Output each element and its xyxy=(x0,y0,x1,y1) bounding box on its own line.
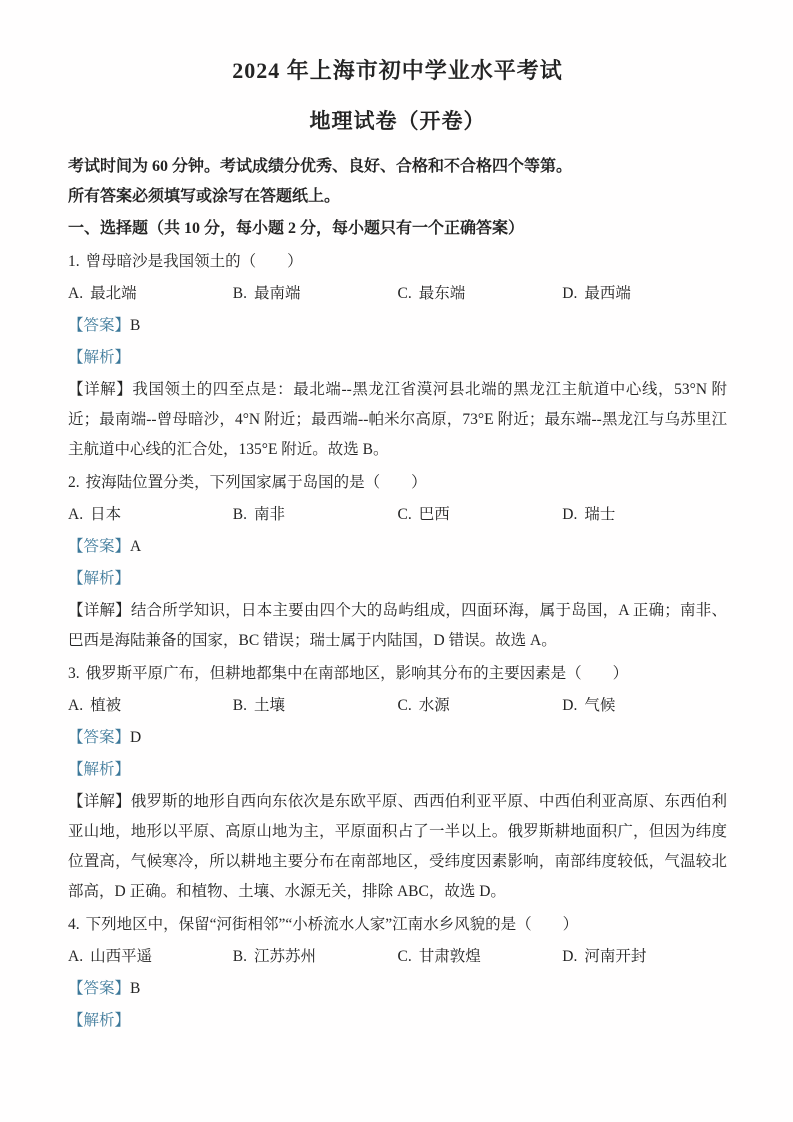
answer-line: 【答案】D xyxy=(68,723,727,753)
options-row: A.最北端 B.最南端 C.最东端 D.最西端 xyxy=(68,279,727,309)
option-a: A.日本 xyxy=(68,500,233,530)
answer-value: D xyxy=(130,729,141,746)
option-a: A.山西平遥 xyxy=(68,942,233,972)
option-key: B. xyxy=(233,948,247,965)
answer-label: 【答案】 xyxy=(68,317,130,334)
option-key: B. xyxy=(233,506,247,523)
question-stem: 4.下列地区中，保留“河街相邻”“小桥流水人家”江南水乡风貌的是（ ） xyxy=(68,910,727,940)
option-text: 最东端 xyxy=(419,285,466,302)
exam-notice-answersheet: 所有答案必须填写或涂写在答题纸上。 xyxy=(68,182,727,212)
answer-line: 【答案】B xyxy=(68,974,727,1004)
detail-label: 【详解】 xyxy=(68,381,132,398)
detail-text: 俄罗斯的地形自西向东依次是东欧平原、西西伯利亚平原、中西伯利亚高原、东西伯利亚山… xyxy=(68,793,727,900)
analysis-label: 【解析】 xyxy=(68,570,130,587)
option-key: D. xyxy=(562,285,577,302)
option-text: 最西端 xyxy=(584,285,631,302)
option-b: B.南非 xyxy=(233,500,398,530)
answer-line: 【答案】B xyxy=(68,311,727,341)
exam-notice-duration: 考试时间为 60 分钟。考试成绩分优秀、良好、合格和不合格四个等第。 xyxy=(68,152,727,182)
option-c: C.最东端 xyxy=(398,279,563,309)
option-text: 南非 xyxy=(254,506,285,523)
answer-value: B xyxy=(130,317,140,334)
question-number: 2. xyxy=(68,474,80,491)
option-d: D.河南开封 xyxy=(562,942,727,972)
option-text: 土壤 xyxy=(254,697,285,714)
question-text: 俄罗斯平原广布，但耕地都集中在南部地区，影响其分布的主要因素是（ ） xyxy=(86,665,629,682)
option-c: C.巴西 xyxy=(398,500,563,530)
exam-title: 2024 年上海市初中学业水平考试 xyxy=(68,56,727,86)
option-key: A. xyxy=(68,506,83,523)
analysis-line: 【解析】 xyxy=(68,1006,727,1036)
answer-label: 【答案】 xyxy=(68,538,130,555)
option-text: 山西平遥 xyxy=(90,948,152,965)
question-block-4: 4.下列地区中，保留“河街相邻”“小桥流水人家”江南水乡风貌的是（ ） A.山西… xyxy=(68,910,727,1036)
option-text: 最北端 xyxy=(90,285,137,302)
option-key: C. xyxy=(398,948,412,965)
option-text: 植被 xyxy=(90,697,121,714)
option-key: B. xyxy=(233,697,247,714)
option-d: D.气候 xyxy=(562,691,727,721)
option-text: 甘肃敦煌 xyxy=(419,948,481,965)
option-key: C. xyxy=(398,697,412,714)
detail-label: 【详解】 xyxy=(68,793,131,810)
question-text: 按海陆位置分类，下列国家属于岛国的是（ ） xyxy=(86,474,427,491)
option-text: 河南开封 xyxy=(584,948,646,965)
analysis-line: 【解析】 xyxy=(68,755,727,785)
analysis-line: 【解析】 xyxy=(68,564,727,594)
option-key: D. xyxy=(562,948,577,965)
answer-value: A xyxy=(130,538,141,555)
option-b: B.江苏苏州 xyxy=(233,942,398,972)
detail-text: 结合所学知识，日本主要由四个大的岛屿组成，四面环海，属于岛国，A 正确；南非、巴… xyxy=(68,602,727,649)
answer-label: 【答案】 xyxy=(68,980,130,997)
option-b: B.最南端 xyxy=(233,279,398,309)
option-b: B.土壤 xyxy=(233,691,398,721)
answer-value: B xyxy=(130,980,140,997)
question-number: 1. xyxy=(68,253,80,270)
option-a: A.植被 xyxy=(68,691,233,721)
exam-subtitle: 地理试卷（开卷） xyxy=(68,106,727,136)
option-key: B. xyxy=(233,285,247,302)
option-text: 日本 xyxy=(90,506,121,523)
option-c: C.甘肃敦煌 xyxy=(398,942,563,972)
option-c: C.水源 xyxy=(398,691,563,721)
analysis-label: 【解析】 xyxy=(68,349,130,366)
analysis-line: 【解析】 xyxy=(68,343,727,373)
detail-paragraph: 【详解】我国领土的四至点是：最北端--黑龙江省漠河县北端的黑龙江主航道中心线，5… xyxy=(68,375,727,465)
option-key: A. xyxy=(68,948,83,965)
option-text: 气候 xyxy=(584,697,615,714)
question-stem: 1.曾母暗沙是我国领土的（ ） xyxy=(68,247,727,277)
option-d: D.最西端 xyxy=(562,279,727,309)
exam-document-page: 2024 年上海市初中学业水平考试 地理试卷（开卷） 考试时间为 60 分钟。考… xyxy=(0,0,793,1122)
section-heading-choice-questions: 一、选择题（共 10 分，每小题 2 分，每小题只有一个正确答案） xyxy=(68,214,727,244)
option-text: 巴西 xyxy=(419,506,450,523)
question-text: 下列地区中，保留“河街相邻”“小桥流水人家”江南水乡风貌的是（ ） xyxy=(86,916,579,933)
option-a: A.最北端 xyxy=(68,279,233,309)
option-key: D. xyxy=(562,697,577,714)
question-number: 4. xyxy=(68,916,80,933)
option-text: 江苏苏州 xyxy=(254,948,316,965)
option-key: C. xyxy=(398,506,412,523)
option-key: A. xyxy=(68,697,83,714)
question-stem: 2.按海陆位置分类，下列国家属于岛国的是（ ） xyxy=(68,468,727,498)
options-row: A.山西平遥 B.江苏苏州 C.甘肃敦煌 D.河南开封 xyxy=(68,942,727,972)
options-row: A.植被 B.土壤 C.水源 D.气候 xyxy=(68,691,727,721)
detail-paragraph: 【详解】俄罗斯的地形自西向东依次是东欧平原、西西伯利亚平原、中西伯利亚高原、东西… xyxy=(68,787,727,907)
option-key: D. xyxy=(562,506,577,523)
question-number: 3. xyxy=(68,665,80,682)
question-block-3: 3.俄罗斯平原广布，但耕地都集中在南部地区，影响其分布的主要因素是（ ） A.植… xyxy=(68,659,727,907)
detail-paragraph: 【详解】结合所学知识，日本主要由四个大的岛屿组成，四面环海，属于岛国，A 正确；… xyxy=(68,596,727,656)
answer-line: 【答案】A xyxy=(68,532,727,562)
option-text: 瑞士 xyxy=(584,506,615,523)
answer-label: 【答案】 xyxy=(68,729,130,746)
analysis-label: 【解析】 xyxy=(68,761,130,778)
option-key: C. xyxy=(398,285,412,302)
option-text: 最南端 xyxy=(254,285,301,302)
question-block-1: 1.曾母暗沙是我国领土的（ ） A.最北端 B.最南端 C.最东端 D.最西端 … xyxy=(68,247,727,465)
option-d: D.瑞士 xyxy=(562,500,727,530)
question-stem: 3.俄罗斯平原广布，但耕地都集中在南部地区，影响其分布的主要因素是（ ） xyxy=(68,659,727,689)
question-block-2: 2.按海陆位置分类，下列国家属于岛国的是（ ） A.日本 B.南非 C.巴西 D… xyxy=(68,468,727,656)
analysis-label: 【解析】 xyxy=(68,1012,130,1029)
option-text: 水源 xyxy=(419,697,450,714)
options-row: A.日本 B.南非 C.巴西 D.瑞士 xyxy=(68,500,727,530)
question-text: 曾母暗沙是我国领土的（ ） xyxy=(86,253,303,270)
detail-label: 【详解】 xyxy=(68,602,131,619)
detail-text: 我国领土的四至点是：最北端--黑龙江省漠河县北端的黑龙江主航道中心线，53°N … xyxy=(68,381,727,458)
option-key: A. xyxy=(68,285,83,302)
